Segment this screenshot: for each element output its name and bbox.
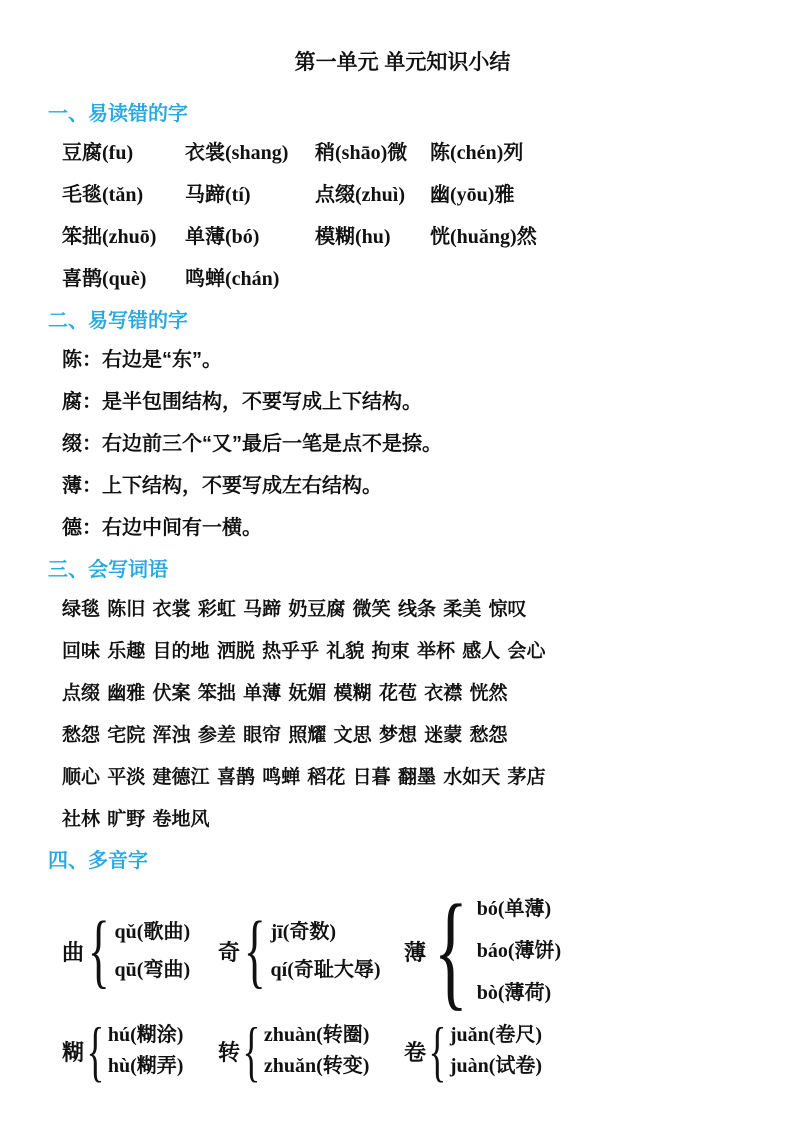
curly-brace-icon: { bbox=[434, 889, 469, 1012]
polyphone-readings: hú(糊涂) hù(糊弄) bbox=[108, 1020, 184, 1082]
polyphone-group-zhuan: 转 { zhuàn(转圈) zhuǎn(转变) bbox=[218, 1020, 404, 1082]
page-title: 第一单元 单元知识小结 bbox=[48, 50, 757, 76]
polyphone-group-hu: 糊 { hú(糊涂) hù(糊弄) bbox=[62, 1020, 218, 1082]
misread-row: 喜鹊(què) 鸣蝉(chán) bbox=[62, 267, 757, 292]
polyphone-char: 薄 bbox=[404, 936, 426, 967]
section-heading-words: 三、会写词语 bbox=[48, 558, 757, 583]
misread-item: 喜鹊(què) bbox=[62, 267, 185, 292]
word-list-row: 绿毯 陈旧 衣裳 彩虹 马蹄 奶豆腐 微笑 线条 柔美 惊叹 bbox=[62, 597, 757, 622]
misread-row: 笨拙(zhuō) 单薄(bó) 模糊(hu) 恍(huǎng)然 bbox=[62, 225, 757, 250]
polyphone-readings: juǎn(卷尺) juàn(试卷) bbox=[450, 1020, 542, 1082]
polyphone-row: 糊 { hú(糊涂) hù(糊弄) 转 { zhuàn(转圈) zhuǎn(转变… bbox=[62, 1020, 757, 1082]
misread-item: 模糊(hu) bbox=[315, 225, 430, 250]
misread-item: 笨拙(zhuō) bbox=[62, 225, 185, 250]
misread-item: 马蹄(tí) bbox=[185, 183, 315, 208]
polyphone-group-qu: 曲 { qǔ(歌曲) qū(弯曲) bbox=[62, 913, 218, 989]
polyphone-reading: báo(薄饼) bbox=[477, 930, 561, 972]
polyphone-reading: juàn(试卷) bbox=[450, 1051, 542, 1082]
misread-row: 豆腐(fu) 衣裳(shang) 稍(shāo)微 陈(chén)列 bbox=[62, 141, 757, 166]
miswrite-note: 腐：是半包围结构，不要写成上下结构。 bbox=[62, 390, 757, 415]
polyphone-readings: zhuàn(转圈) zhuǎn(转变) bbox=[264, 1020, 370, 1082]
polyphone-group-qi: 奇 { jī(奇数) qí(奇耻大辱) bbox=[218, 913, 404, 989]
polyphone-reading: zhuàn(转圈) bbox=[264, 1020, 370, 1051]
section-heading-miswrite: 二、易写错的字 bbox=[48, 309, 757, 334]
misread-item: 点缀(zhuì) bbox=[315, 183, 430, 208]
polyphone-group-juan: 卷 { juǎn(卷尺) juàn(试卷) bbox=[404, 1020, 542, 1082]
section-heading-misread: 一、易读错的字 bbox=[48, 102, 757, 127]
polyphone-char: 糊 bbox=[62, 1036, 84, 1067]
word-list-row: 社林 旷野 卷地风 bbox=[62, 807, 757, 832]
word-list-row: 回味 乐趣 目的地 洒脱 热乎乎 礼貌 拘束 举杯 感人 会心 bbox=[62, 639, 757, 664]
misread-item: 幽(yōu)雅 bbox=[430, 183, 757, 208]
misread-item: 恍(huǎng)然 bbox=[430, 225, 757, 250]
polyphone-reading: qǔ(歌曲) bbox=[115, 913, 191, 951]
miswrite-note: 薄：上下结构，不要写成左右结构。 bbox=[62, 474, 757, 499]
misread-item: 毛毯(tǎn) bbox=[62, 183, 185, 208]
polyphone-char: 卷 bbox=[404, 1036, 426, 1067]
polyphone-reading: hù(糊弄) bbox=[108, 1051, 184, 1082]
curly-brace-icon: { bbox=[88, 912, 110, 991]
polyphone-reading: bò(薄荷) bbox=[477, 972, 561, 1014]
polyphone-reading: bó(单薄) bbox=[477, 888, 561, 930]
word-list-row: 顺心 平淡 建德江 喜鹊 鸣蝉 稻花 日暮 翻墨 水如天 茅店 bbox=[62, 765, 757, 790]
polyphone-reading: qū(弯曲) bbox=[115, 951, 191, 989]
misread-item: 衣裳(shang) bbox=[185, 141, 315, 166]
misread-row: 毛毯(tǎn) 马蹄(tí) 点缀(zhuì) 幽(yōu)雅 bbox=[62, 183, 757, 208]
word-list-row: 点缀 幽雅 伏案 笨拙 单薄 妩媚 模糊 花苞 衣襟 恍然 bbox=[62, 681, 757, 706]
curly-brace-icon: { bbox=[244, 912, 266, 991]
word-list-row: 愁怨 宅院 浑浊 参差 眼帘 照耀 文思 梦想 迷蒙 愁怨 bbox=[62, 723, 757, 748]
section-heading-polyphonic: 四、多音字 bbox=[48, 849, 757, 874]
polyphone-group-bo: 薄 { bó(单薄) báo(薄饼) bò(薄荷) bbox=[404, 888, 561, 1014]
miswrite-note: 缀：右边前三个“又”最后一笔是点不是捺。 bbox=[62, 432, 757, 457]
document-page: 第一单元 单元知识小结 一、易读错的字 豆腐(fu) 衣裳(shang) 稍(s… bbox=[0, 0, 793, 1122]
polyphone-char: 曲 bbox=[62, 936, 84, 967]
miswrite-note: 陈：右边是“东”。 bbox=[62, 348, 757, 373]
polyphone-char: 奇 bbox=[218, 936, 240, 967]
polyphone-row: 曲 { qǔ(歌曲) qū(弯曲) 奇 { jī(奇数) qí(奇耻大辱) 薄 … bbox=[62, 888, 757, 1014]
polyphone-char: 转 bbox=[218, 1036, 240, 1067]
polyphone-reading: hú(糊涂) bbox=[108, 1020, 184, 1051]
curly-brace-icon: { bbox=[86, 1019, 104, 1083]
curly-brace-icon: { bbox=[428, 1019, 446, 1083]
polyphone-reading: juǎn(卷尺) bbox=[450, 1020, 542, 1051]
polyphone-reading: jī(奇数) bbox=[271, 913, 381, 951]
polyphone-readings: bó(单薄) báo(薄饼) bò(薄荷) bbox=[477, 888, 561, 1014]
polyphone-reading: qí(奇耻大辱) bbox=[271, 951, 381, 989]
misread-item: 鸣蝉(chán) bbox=[185, 267, 315, 292]
polyphone-readings: qǔ(歌曲) qū(弯曲) bbox=[115, 913, 191, 989]
polyphone-reading: zhuǎn(转变) bbox=[264, 1051, 370, 1082]
misread-item: 稍(shāo)微 bbox=[315, 141, 430, 166]
curly-brace-icon: { bbox=[242, 1019, 260, 1083]
misread-item: 陈(chén)列 bbox=[430, 141, 757, 166]
polyphone-readings: jī(奇数) qí(奇耻大辱) bbox=[271, 913, 381, 989]
misread-item: 单薄(bó) bbox=[185, 225, 315, 250]
miswrite-note: 德：右边中间有一横。 bbox=[62, 516, 757, 541]
misread-item: 豆腐(fu) bbox=[62, 141, 185, 166]
